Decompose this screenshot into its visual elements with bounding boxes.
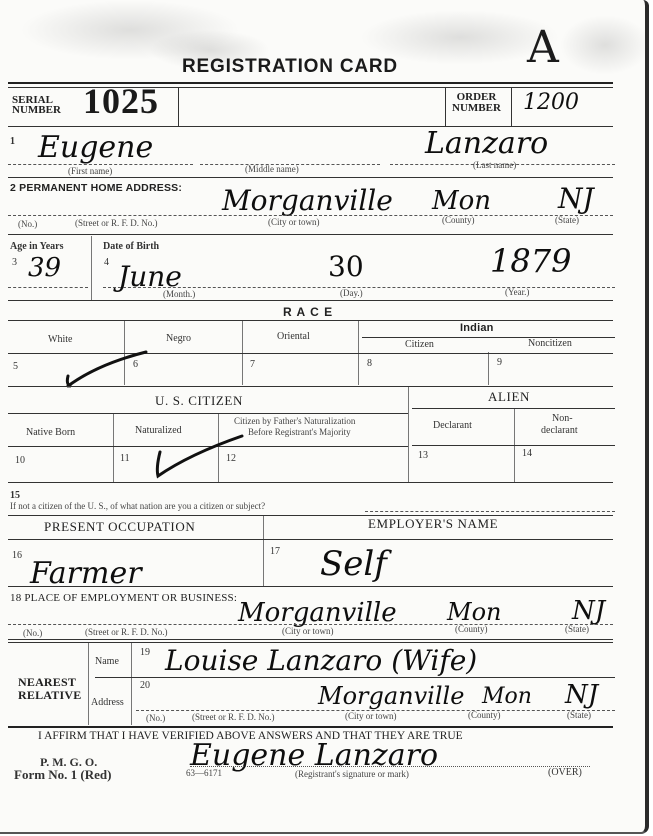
dob-label: Date of Birth [103,241,159,252]
field-number-16: 16 [12,550,22,561]
field-number-1: 1 [10,136,15,147]
father-naturalization-label-line2: Before Registrant's Majority [248,427,351,437]
home-no-label: (No.) [18,219,37,229]
print-code: 63—6171 [186,768,222,778]
employment-place-label: 18 PLACE OF EMPLOYMENT OR BUSINESS: [10,592,237,604]
home-city-label: (City or town) [268,217,320,227]
birth-year-value: 1879 [490,242,571,280]
relative-name-value: Louise Lanzaro (Wife) [165,644,477,677]
registration-card: REGISTRATION CARD A SERIAL NUMBER 1025 O… [0,0,649,834]
field-number-13: 13 [418,450,428,461]
employment-county-value: Mon [447,598,501,626]
birth-month-label: (Month.) [163,289,195,299]
order-number-label: ORDER NUMBER [452,92,501,114]
form-letter: A [527,22,559,73]
home-street-label: (Street or R. F. D. No.) [75,218,158,228]
employment-state-value: NJ [572,596,605,626]
race-indian-citizen-label: Citizen [405,339,434,350]
serial-number-label: SERIAL NUMBER [12,95,61,115]
serial-label-line2: NUMBER [12,105,61,115]
nation-question: If not a citizen of the U. S., of what n… [10,501,265,511]
field-number-19: 19 [140,647,150,658]
field-number-3: 3 [12,257,17,268]
employment-street-label: (Street or R. F. D. No.) [85,627,168,637]
relative-state-value: NJ [565,680,598,710]
naturalized-checkmark-icon [150,430,250,482]
us-citizen-heading: U. S. CITIZEN [155,393,243,409]
field-number-10: 10 [15,455,25,466]
relative-county-value: Mon [482,684,532,709]
nondeclarant-label-line2: declarant [541,425,578,436]
over-label: (OVER) [548,767,582,778]
native-born-label: Native Born [26,427,75,438]
employment-no-label: (No.) [23,628,42,638]
signature-label: (Registrant's signature or mark) [295,769,409,779]
card-title: REGISTRATION CARD [182,56,398,78]
race-oriental-label: Oriental [277,331,310,342]
occupation-heading: PRESENT OCCUPATION [44,519,195,535]
order-label-line2: NUMBER [452,103,501,114]
age-value: 39 [28,253,61,283]
relative-name-label: Name [95,656,119,667]
registrant-signature: Eugene Lanzaro [190,738,438,773]
nearest-relative-heading-line2: RELATIVE [18,689,81,702]
nondeclarant-label-line1: Non- [552,413,573,424]
race-negro-label: Negro [166,333,191,344]
middle-name-label: (Middle name) [245,164,299,174]
order-number-value: 1200 [523,90,579,115]
declarant-label: Declarant [433,420,472,431]
race-white-label: White [48,334,72,345]
serial-number-value: 1025 [83,80,159,122]
field-number-20: 20 [140,680,150,691]
birth-day-value: 30 [328,250,364,283]
field-number-9: 9 [497,357,502,368]
field-number-8: 8 [367,358,372,369]
home-address-label: 2 PERMANENT HOME ADDRESS: [10,182,182,194]
relative-county-label: (County) [468,710,501,720]
employer-heading: EMPLOYER'S NAME [368,516,498,532]
last-name-label: (Last name) [473,160,516,170]
relative-street-label: (Street or R. F. D. No.) [192,712,275,722]
race-indian-heading: Indian [460,322,494,334]
alien-heading: ALIEN [488,389,530,405]
relative-state-label: (State) [567,710,591,720]
race-heading: R A C E [283,305,333,319]
field-number-14: 14 [522,448,532,459]
form-number-label: Form No. 1 (Red) [14,767,111,783]
home-state-label: (State) [555,215,579,225]
birth-day-label: (Day.) [340,288,363,298]
employment-city-label: (City or town) [282,626,334,636]
field-number-17: 17 [270,546,280,557]
employment-county-label: (County) [455,624,488,634]
relative-no-label: (No.) [146,713,165,723]
employer-value: Self [320,544,387,584]
home-county-label: (County) [442,215,475,225]
race-indian-noncitizen-label: Noncitizen [528,338,572,349]
field-number-4: 4 [104,257,109,268]
field-number-5: 5 [13,361,18,372]
field-number-11: 11 [120,453,130,464]
first-name-label: (First name) [68,166,112,176]
field-number-7: 7 [250,359,255,370]
home-city-value: Morganville [222,184,393,217]
birth-year-label: (Year.) [505,287,529,297]
employment-state-label: (State) [565,624,589,634]
last-name-value: Lanzaro [425,126,548,161]
age-label: Age in Years [10,241,64,252]
father-naturalization-label-line1: Citizen by Father's Naturalization [234,416,355,426]
relative-address-label: Address [91,697,124,708]
first-name-value: Eugene [38,130,153,165]
relative-city-label: (City or town) [345,711,397,721]
relative-city-value: Morganville [318,682,464,710]
nearest-relative-heading: NEAREST RELATIVE [18,676,81,702]
home-state-value: NJ [558,182,594,215]
home-county-value: Mon [432,186,491,216]
field-number-15: 15 [10,490,20,501]
